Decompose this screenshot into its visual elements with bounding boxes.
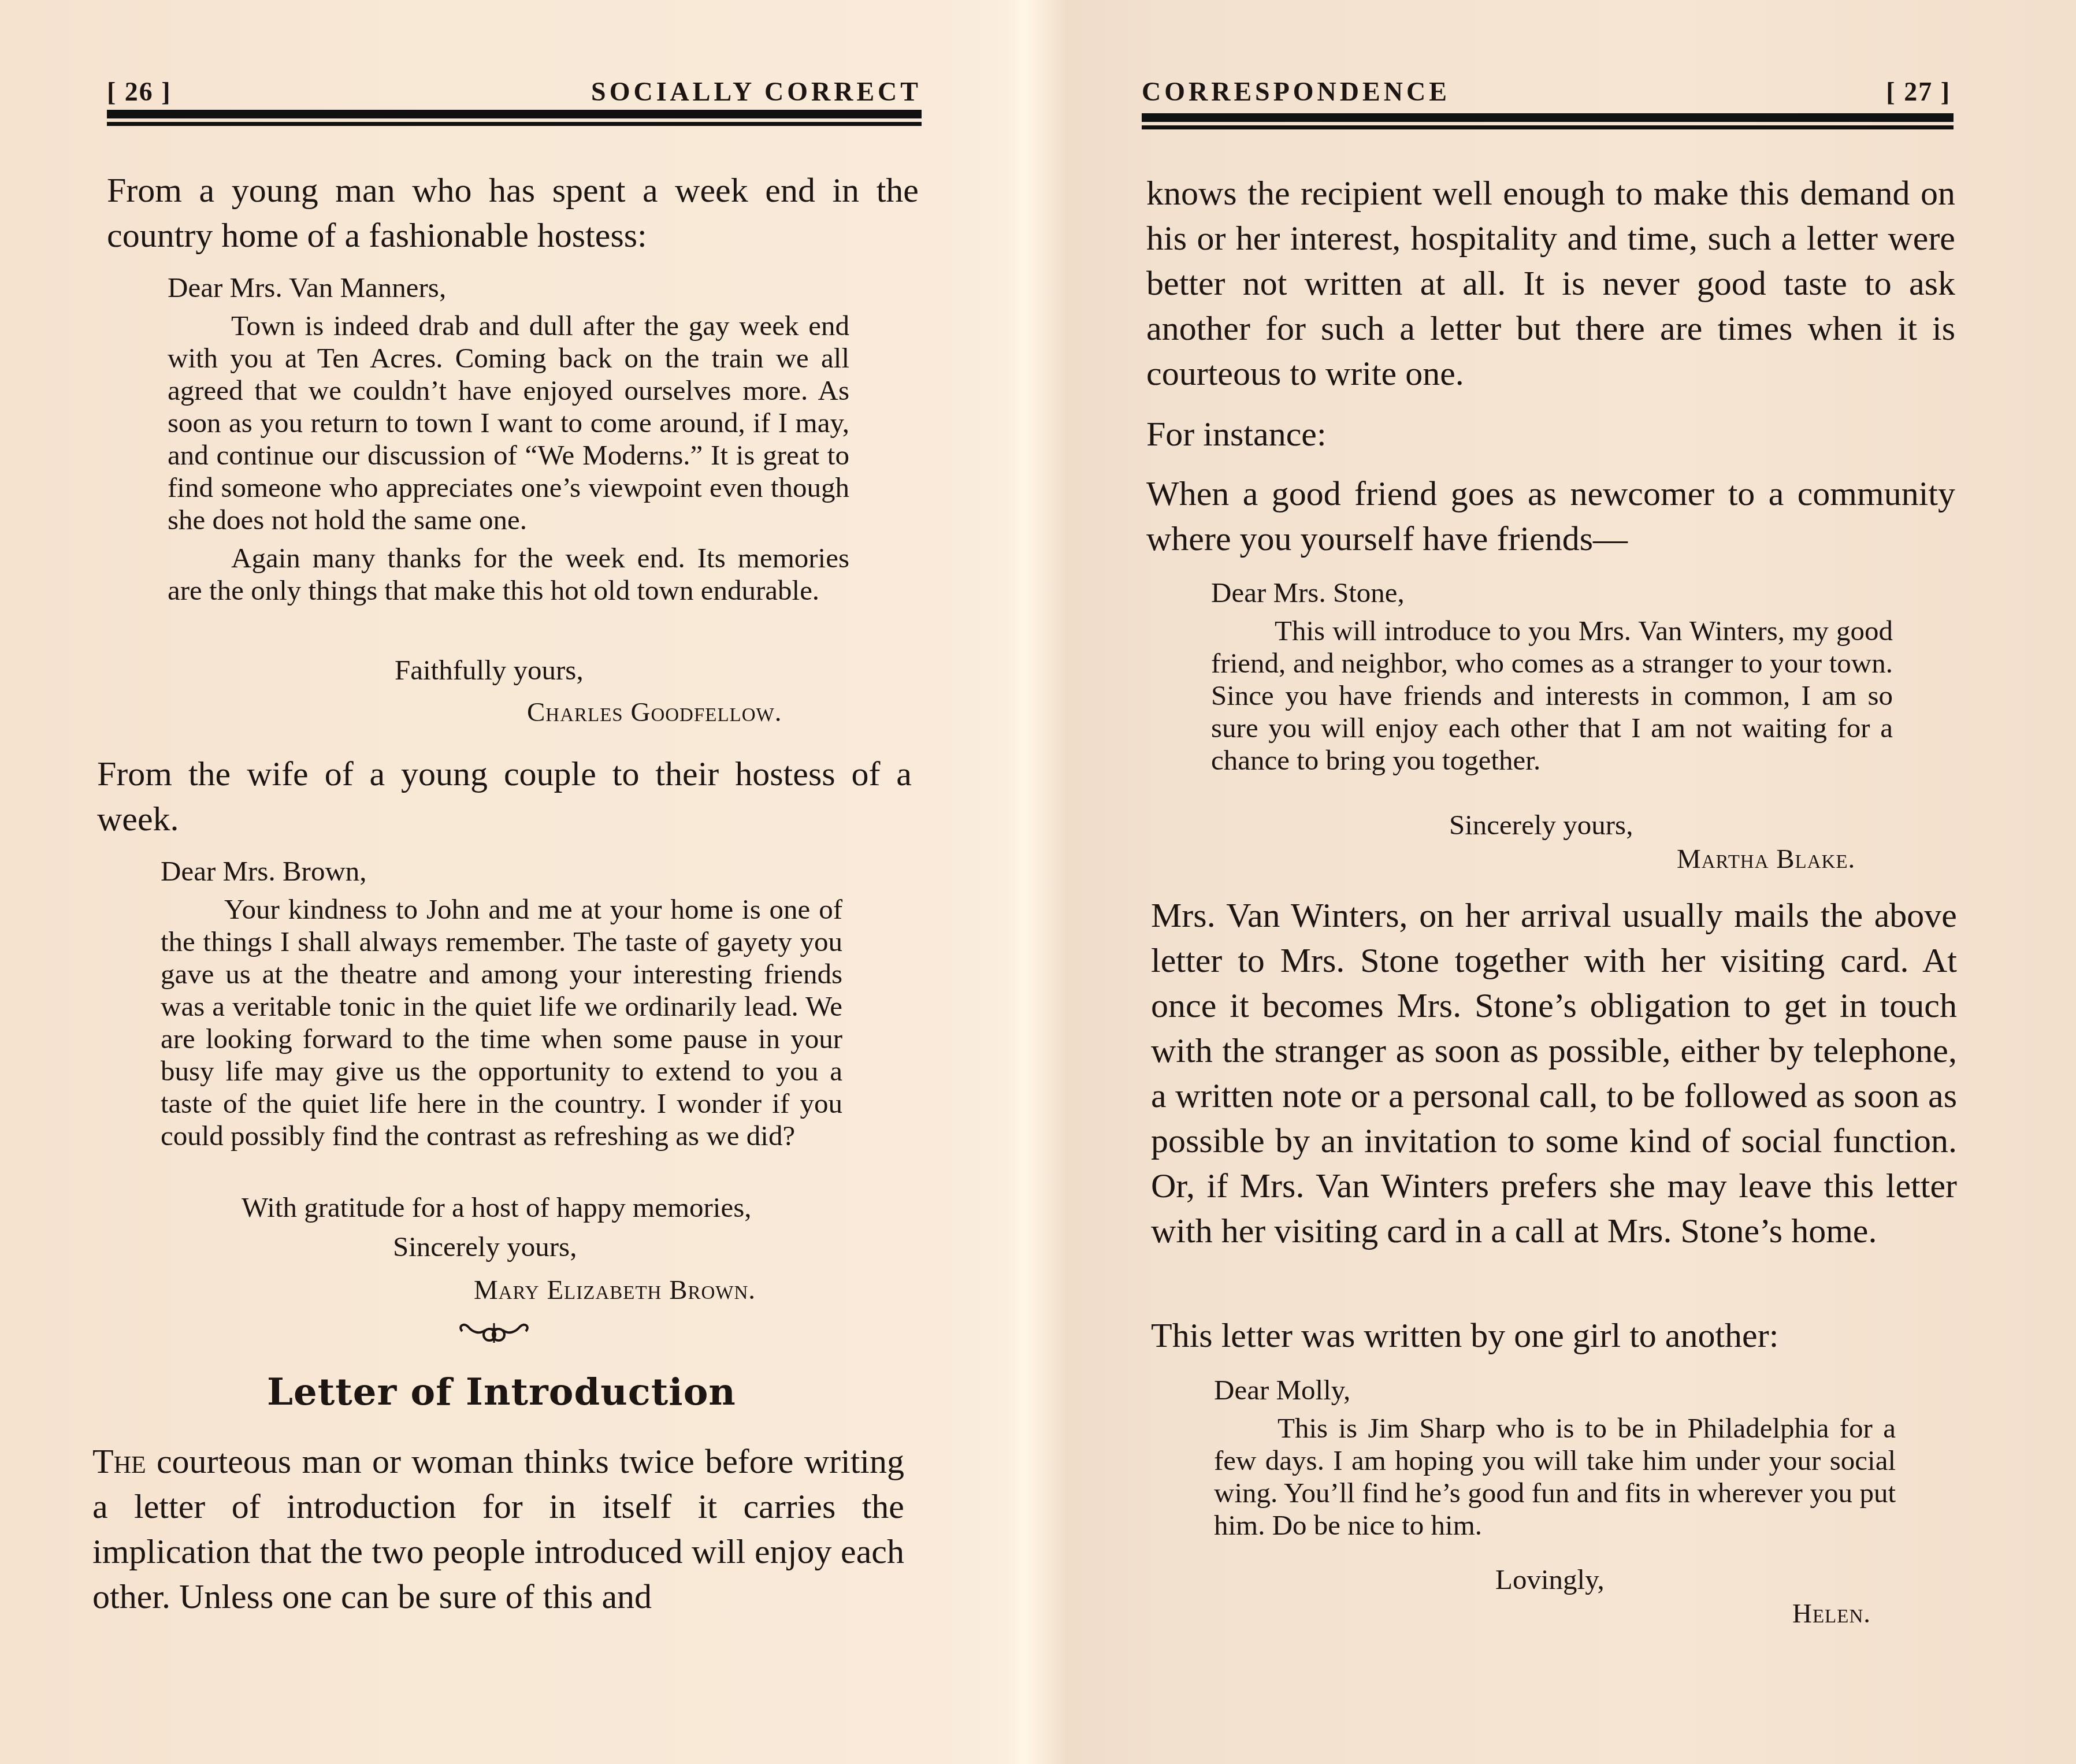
right-running-head: CORRESPONDENCE [ 27 ] [1142,74,1951,109]
letter-van-manners: Dear Mrs. Van Manners, Town is indeed dr… [168,272,849,612]
lead-word: The [92,1442,146,1480]
letter-salutation: Dear Mrs. Van Manners, [168,272,849,304]
intro-paragraph: When a good friend goes as newcomer to a… [1146,471,1955,561]
flourish-ornament-icon [456,1319,532,1347]
book-spread: [ 26 ] SOCIALLY CORRECT From a young man… [0,0,2076,1764]
letter-closing: Sincerely yours, [1449,809,1633,841]
running-head-title: SOCIALLY CORRECT [591,76,922,107]
right-page: CORRESPONDENCE [ 27 ] knows the recipien… [1038,0,2076,1764]
letter-salutation: Dear Mrs. Brown, [161,855,842,887]
intro-paragraph: From the wife of a young couple to their… [97,751,912,841]
letter-closing: Lovingly, [1495,1564,1605,1596]
letter-stone: Dear Mrs. Stone, This will introduce to … [1211,577,1893,782]
explanation-paragraph: Mrs. Van Winters, on her arrival usually… [1151,893,1957,1253]
letter-paragraph: This will introduce to you Mrs. Van Wint… [1211,615,1893,777]
letter-paragraph: Your kindness to John and me at your hom… [161,893,842,1152]
letter-molly: Dear Molly, This is Jim Sharp who is to … [1214,1374,1896,1547]
running-head-title: CORRESPONDENCE [1142,76,1450,107]
letter-closing: Faithfully yours, [395,654,584,686]
section-body: The courteous man or woman thinks twice … [92,1439,904,1619]
letter-paragraph: This is Jim Sharp who is to be in Philad… [1214,1412,1896,1542]
letter-signature: Martha Blake. [1677,844,1855,875]
letter-pre-closing: With gratitude for a host of happy memor… [242,1191,752,1224]
letter-brown: Dear Mrs. Brown, Your kindness to John a… [161,855,842,1158]
page-number: [ 27 ] [1886,76,1951,107]
letter-signature: Charles Goodfellow. [527,697,782,728]
letter-signature: Helen. [1792,1598,1871,1629]
section-body-text: courteous man or woman thinks twice befo… [92,1442,904,1616]
letter-paragraph: Town is indeed drab and dull after the g… [168,310,849,536]
letter-salutation: Dear Molly, [1214,1374,1896,1406]
header-rule-thick [1142,113,1954,122]
for-instance-line: For instance: [1146,411,1955,456]
intro-paragraph: This letter was written by one girl to a… [1151,1313,1957,1358]
header-rule-thin [1142,125,1954,129]
left-page: [ 26 ] SOCIALLY CORRECT From a young man… [0,0,1038,1764]
letter-signature: Mary Elizabeth Brown. [474,1275,756,1306]
section-heading: Letter of Introduction [267,1371,736,1414]
letter-paragraph: Again many thanks for the week end. Its … [168,542,849,607]
page-number: [ 26 ] [107,76,172,107]
header-rule-thick [107,110,922,118]
intro-paragraph: From a young man who has spent a week en… [107,168,919,258]
header-rule-thin [107,122,922,126]
letter-closing: Sincerely yours, [393,1231,577,1263]
letter-salutation: Dear Mrs. Stone, [1211,577,1893,609]
left-running-head: [ 26 ] SOCIALLY CORRECT [107,74,922,109]
continuation-paragraph: knows the recipient well enough to make … [1146,170,1955,396]
